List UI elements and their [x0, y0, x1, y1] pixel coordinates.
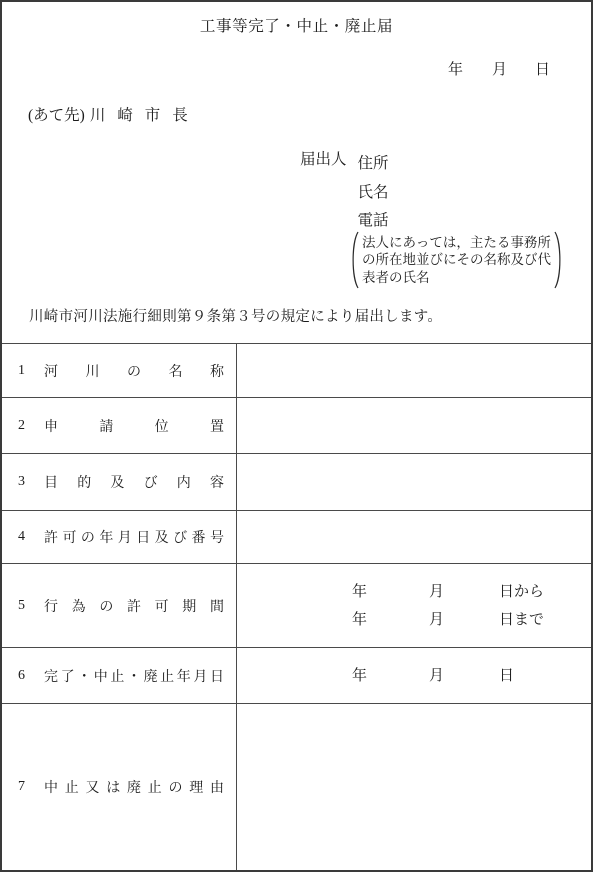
corporate-note-line: の所在地並びにその名称及び代 — [362, 251, 551, 268]
addressee-name: 川崎市長 — [90, 103, 188, 125]
row-number: 5 — [18, 598, 44, 614]
purpose-content-value-cell — [237, 454, 591, 510]
row-label-cell: 3 目的及び内容 — [2, 454, 237, 510]
addressee-prefix: (あて先) — [28, 103, 85, 125]
date-day-label: 日 — [535, 58, 550, 79]
declaration-sentence: 川崎市河川法施行細則第９条第３号の規定により届出します。 — [29, 305, 442, 326]
row-number: 6 — [18, 668, 44, 684]
close-parenthesis-glyph — [553, 231, 564, 289]
row-label-cell: 7 中止又は廃止の理由 — [2, 704, 237, 870]
period-start-line: 年 月 日から — [237, 578, 591, 606]
row-label: 目的及び内容 — [44, 472, 224, 492]
permit-date-number-value-cell — [237, 511, 591, 563]
notifier-address-label: 住所 — [358, 150, 389, 179]
corporate-note: 法人にあっては，主たる事務所 の所在地並びにその名称及び代 表者の氏名 — [349, 231, 564, 289]
form-table: 1 河川の名称 2 申請位置 3 目的及び内容 — [2, 343, 591, 870]
date-year-label: 年 — [448, 58, 463, 79]
row-label-cell: 5 行為の許可期間 — [2, 564, 237, 647]
date-month-label: 月 — [492, 58, 507, 79]
notifier-fields: 住所 氏名 電話 — [358, 150, 389, 236]
river-name-value-cell — [237, 344, 591, 397]
row-number: 2 — [18, 418, 44, 434]
addressee-line: (あて先) 川崎市長 — [28, 103, 188, 125]
row-label-cell: 4 許可の年月日及び番号 — [2, 511, 237, 563]
month-label: 月 — [429, 578, 444, 606]
row-label: 中止又は廃止の理由 — [44, 777, 224, 797]
corporate-note-line: 法人にあっては，主たる事務所 — [362, 234, 551, 251]
day-label: 日 — [499, 662, 514, 690]
period-end-line: 年 月 日まで — [237, 606, 591, 634]
row-label: 申請位置 — [44, 416, 224, 436]
table-row-permit-period: 5 行為の許可期間 年 月 日から 年 月 日まで — [2, 564, 591, 648]
month-label: 月 — [429, 662, 444, 690]
row-number: 4 — [18, 529, 44, 545]
form-title: 工事等完了・中止・廃止届 — [2, 14, 591, 36]
row-label: 許可の年月日及び番号 — [44, 527, 224, 547]
permit-period-value-cell: 年 月 日から 年 月 日まで — [237, 564, 591, 647]
open-parenthesis-glyph — [349, 231, 360, 289]
corporate-note-line: 表者の氏名 — [362, 269, 551, 286]
row-number: 1 — [18, 363, 44, 379]
corporate-note-text: 法人にあっては，主たる事務所 の所在地並びにその名称及び代 表者の氏名 — [362, 234, 551, 286]
table-row-completion-date: 6 完了・中止・廃止年月日 年 月 日 — [2, 648, 591, 704]
notifier-label: 届出人 — [300, 150, 347, 236]
notifier-name-label: 氏名 — [358, 179, 389, 208]
table-row-purpose-content: 3 目的及び内容 — [2, 454, 591, 511]
year-label: 年 — [352, 578, 367, 606]
row-label-cell: 6 完了・中止・廃止年月日 — [2, 648, 237, 703]
row-number: 7 — [18, 779, 44, 795]
year-label: 年 — [352, 606, 367, 634]
reason-value-cell — [237, 704, 591, 870]
year-label: 年 — [352, 662, 367, 690]
row-label: 行為の許可期間 — [44, 596, 224, 616]
month-label: 月 — [429, 606, 444, 634]
row-label-cell: 2 申請位置 — [2, 398, 237, 453]
row-label: 完了・中止・廃止年月日 — [44, 666, 224, 686]
table-row-river-name: 1 河川の名称 — [2, 344, 591, 398]
notifier-block: 届出人 住所 氏名 電話 — [300, 150, 389, 236]
completion-date-value-cell: 年 月 日 — [237, 648, 591, 703]
completion-date-line: 年 月 日 — [237, 662, 591, 690]
table-row-reason: 7 中止又は廃止の理由 — [2, 704, 591, 870]
table-row-application-location: 2 申請位置 — [2, 398, 591, 454]
notification-form-page: 工事等完了・中止・廃止届 年 月 日 (あて先) 川崎市長 届出人 住所 氏名 … — [0, 0, 593, 872]
row-label: 河川の名称 — [44, 361, 224, 381]
row-label-cell: 1 河川の名称 — [2, 344, 237, 397]
application-location-value-cell — [237, 398, 591, 453]
submission-date-line: 年 月 日 — [448, 58, 550, 79]
table-row-permit-date-number: 4 許可の年月日及び番号 — [2, 511, 591, 564]
day-from-label: 日から — [499, 578, 544, 606]
row-number: 3 — [18, 474, 44, 490]
day-until-label: 日まで — [499, 606, 544, 634]
